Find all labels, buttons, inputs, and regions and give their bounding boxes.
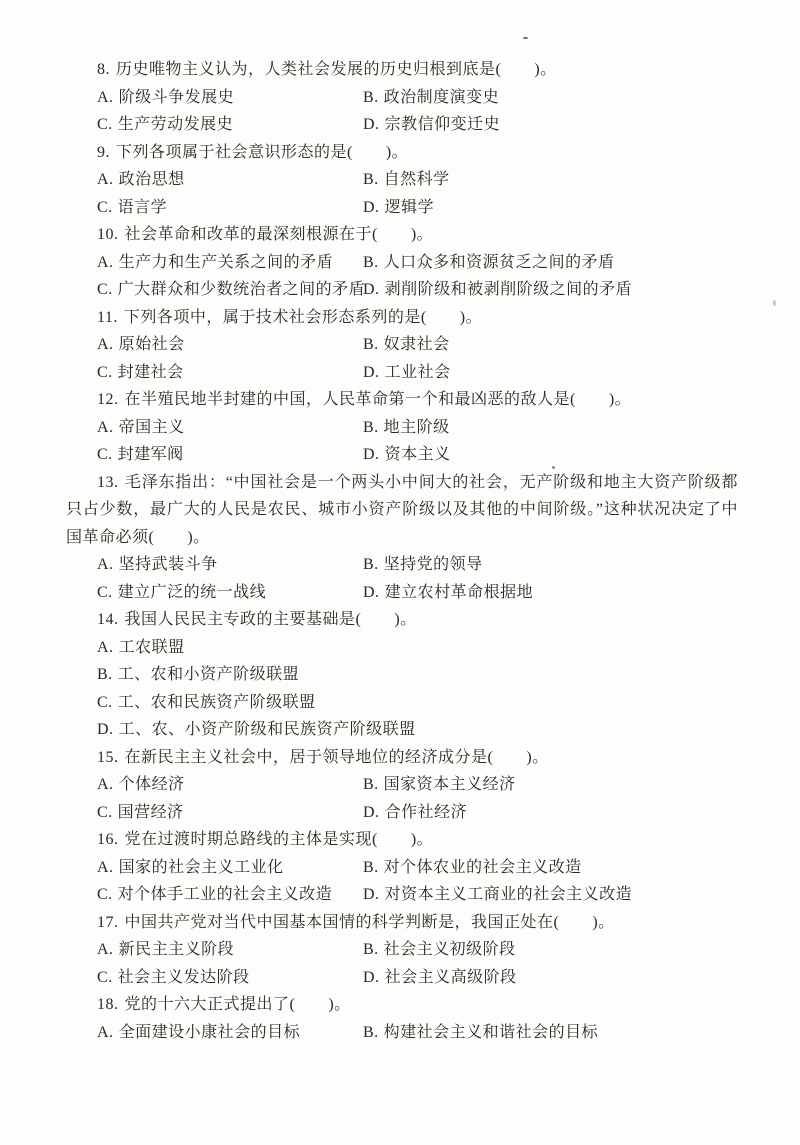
option-label: A. [97,89,114,106]
question-block: 8.历史唯物主义认为，人类社会发展的历史归根到底是( )。A.阶级斗争发展史B.… [66,56,738,139]
option-text: 新民主主义阶段 [119,941,235,958]
option-text: 国家的社会主义工业化 [119,859,284,876]
option-label: C. [97,804,113,821]
option: D.逻辑学 [363,194,738,222]
option: D.合作社经济 [363,799,738,827]
option: A.政治思想 [97,166,363,194]
option-label: C. [97,199,113,216]
option-text: 政治思想 [119,171,185,188]
options-grid: A.国家的社会主义工业化B.对个体农业的社会主义改造C.对个体手工业的社会主义改… [97,854,738,909]
option: D.工、农、小资产阶级和民族资产阶级联盟 [97,716,738,744]
option-label: B. [363,254,379,271]
option-label: A. [97,254,114,271]
option-text: 自然科学 [384,171,450,188]
option-text: 工、农、小资产阶级和民族资产阶级联盟 [119,721,416,738]
question-block: 14.我国人民民主专政的主要基础是( )。A.工农联盟B.工、农和小资产阶级联盟… [66,606,738,744]
option-text: 社会主义高级阶段 [385,969,517,986]
question-body: 下列各项属于社会意识形态的是( )。 [116,144,408,161]
option-label: B. [363,336,379,353]
option: D.剥削阶级和被剥削阶级之间的矛盾 [363,276,738,304]
option-text: 工农联盟 [119,639,185,656]
option-text: 坚持党的领导 [384,556,483,573]
option-label: A. [97,419,114,436]
option: C.对个体手工业的社会主义改造 [97,881,363,909]
question-body: 党在过渡时期总路线的主体是实现( )。 [125,831,434,848]
question-block: 17.中国共产党对当代中国基本国情的科学判断是，我国正处在( )。A.新民主主义… [66,909,738,992]
option-label: D. [97,721,114,738]
question-body: 毛泽东指出：“中国社会是一个两头小中间大的社会，无产阶级和地主大资产阶级都只占少… [66,474,738,546]
option-text: 国营经济 [118,804,184,821]
question-text: 17.中国共产党对当代中国基本国情的科学判断是，我国正处在( )。 [66,909,738,937]
option-label: A. [97,859,114,876]
options-grid: A.坚持武装斗争B.坚持党的领导C.建立广泛的统一战线D.建立农村革命根据地 [97,551,738,606]
question-body: 历史唯物主义认为，人类社会发展的历史归根到底是( )。 [116,61,557,78]
options-grid: A.新民主主义阶段B.社会主义初级阶段C.社会主义发达阶段D.社会主义高级阶段 [97,936,738,991]
question-block: 10.社会革命和改革的最深刻根源在于( )。A.生产力和生产关系之间的矛盾B.人… [66,221,738,304]
option-text: 构建社会主义和谐社会的目标 [384,1024,599,1041]
question-body: 在新民主主义社会中，居于领导地位的经济成分是( )。 [125,749,549,766]
question-number: 10. [97,226,119,243]
option-text: 地主阶级 [384,419,450,436]
option: B.国家资本主义经济 [363,771,738,799]
option-text: 生产劳动发展史 [118,116,234,133]
question-text: 12.在半殖民地半封建的中国，人民革命第一个和最凶恶的敌人是( )。 [66,386,738,414]
option-text: 对个体手工业的社会主义改造 [118,886,333,903]
option: C.工、农和民族资产阶级联盟 [97,689,738,717]
option-label: B. [363,776,379,793]
option-label: C. [97,364,113,381]
option-text: 合作社经济 [385,804,468,821]
option-label: B. [363,859,379,876]
option-text: 人口众多和资源贫乏之间的矛盾 [384,254,615,271]
option-text: 原始社会 [119,336,185,353]
option-label: B. [363,556,379,573]
question-number: 15. [97,749,119,766]
option: B.人口众多和资源贫乏之间的矛盾 [363,249,738,277]
option-text: 工业社会 [385,364,451,381]
option-label: C. [97,281,113,298]
option: A.工农联盟 [97,634,738,662]
option-text: 建立农村革命根据地 [385,584,534,601]
option-label: D. [363,116,380,133]
options-grid: A.工农联盟B.工、农和小资产阶级联盟C.工、农和民族资产阶级联盟D.工、农、小… [97,634,738,744]
question-number: 12. [97,391,119,408]
question-text: 11.下列各项中，属于技术社会形态系列的是( )。 [66,304,738,332]
options-grid: A.原始社会B.奴隶社会C.封建社会D.工业社会 [97,331,738,386]
option: B.自然科学 [363,166,738,194]
question-number: 14. [97,611,119,628]
option: B.社会主义初级阶段 [363,936,738,964]
option-text: 奴隶社会 [384,336,450,353]
option-text: 坚持武装斗争 [119,556,218,573]
option-label: B. [97,666,113,683]
option: B.构建社会主义和谐社会的目标 [363,1019,738,1047]
option: B.对个体农业的社会主义改造 [363,854,738,882]
question-block: 9.下列各项属于社会意识形态的是( )。A.政治思想B.自然科学C.语言学D.逻… [66,139,738,222]
option-text: 语言学 [118,199,168,216]
option-text: 工、农和小资产阶级联盟 [118,666,300,683]
option-label: A. [97,336,114,353]
option: B.坚持党的领导 [363,551,738,579]
option: A.帝国主义 [97,414,363,442]
option-text: 社会主义发达阶段 [118,969,250,986]
option-label: D. [363,199,380,216]
option: D.对资本主义工商业的社会主义改造 [363,881,738,909]
option-label: A. [97,639,114,656]
option-label: C. [97,446,113,463]
option-text: 封建军阀 [118,446,184,463]
scan-speck [523,37,528,39]
question-text: 10.社会革命和改革的最深刻根源在于( )。 [66,221,738,249]
option-text: 逻辑学 [385,199,435,216]
option-text: 社会主义初级阶段 [384,941,516,958]
option-text: 剥削阶级和被剥削阶级之间的矛盾 [385,281,633,298]
question-block: 16.党在过渡时期总路线的主体是实现( )。A.国家的社会主义工业化B.对个体农… [66,826,738,909]
option-label: B. [363,941,379,958]
question-block: 18.党的十六大正式提出了( )。A.全面建设小康社会的目标B.构建社会主义和谐… [66,991,738,1046]
question-block: 13.毛泽东指出：“中国社会是一个两头小中间大的社会，无产阶级和地主大资产阶级都… [66,469,738,607]
question-text: 9.下列各项属于社会意识形态的是( )。 [66,139,738,167]
option: D.建立农村革命根据地 [363,579,738,607]
scanned-exam-page: 8.历史唯物主义认为，人类社会发展的历史归根到底是( )。A.阶级斗争发展史B.… [0,0,800,1145]
option-text: 帝国主义 [119,419,185,436]
option-label: A. [97,171,114,188]
options-grid: A.帝国主义B.地主阶级C.封建军阀D.资本主义 [97,414,738,469]
option-label: D. [363,281,380,298]
question-number: 17. [97,914,119,931]
option: A.全面建设小康社会的目标 [97,1019,363,1047]
option-text: 全面建设小康社会的目标 [119,1024,301,1041]
option-label: A. [97,1024,114,1041]
question-number: 8. [97,61,110,78]
option-text: 生产力和生产关系之间的矛盾 [119,254,334,271]
questions-list: 8.历史唯物主义认为，人类社会发展的历史归根到底是( )。A.阶级斗争发展史B.… [66,56,738,1046]
option: D.工业社会 [363,359,738,387]
options-grid: A.生产力和生产关系之间的矛盾B.人口众多和资源贫乏之间的矛盾C.广大群众和少数… [97,249,738,304]
question-number: 11. [97,309,118,326]
option-label: D. [363,969,380,986]
options-grid: A.阶级斗争发展史B.政治制度演变史C.生产劳动发展史D.宗教信仰变迁史 [97,84,738,139]
option: A.坚持武装斗争 [97,551,363,579]
option-label: B. [363,1024,379,1041]
option-label: D. [363,446,380,463]
option: C.广大群众和少数统治者之间的矛盾 [97,276,363,304]
option: B.奴隶社会 [363,331,738,359]
question-text: 18.党的十六大正式提出了( )。 [66,991,738,1019]
option: C.封建社会 [97,359,363,387]
question-number: 13. [97,474,119,491]
option: B.地主阶级 [363,414,738,442]
option: A.阶级斗争发展史 [97,84,363,112]
option-text: 对资本主义工商业的社会主义改造 [385,886,633,903]
question-number: 9. [97,144,110,161]
question-body: 我国人民民主专政的主要基础是( )。 [125,611,417,628]
option-label: B. [363,171,379,188]
option-label: A. [97,941,114,958]
question-body: 党的十六大正式提出了( )。 [125,996,351,1013]
option-label: C. [97,886,113,903]
option-text: 个体经济 [119,776,185,793]
question-block: 11.下列各项中，属于技术社会形态系列的是( )。A.原始社会B.奴隶社会C.封… [66,304,738,387]
option-label: D. [363,804,380,821]
scan-speck [773,300,776,306]
option-label: C. [97,694,113,711]
option-label: C. [97,116,113,133]
option: A.原始社会 [97,331,363,359]
option-text: 阶级斗争发展史 [119,89,235,106]
question-block: 12.在半殖民地半封建的中国，人民革命第一个和最凶恶的敌人是( )。A.帝国主义… [66,386,738,469]
option-text: 对个体农业的社会主义改造 [384,859,582,876]
option: A.国家的社会主义工业化 [97,854,363,882]
question-block: 15.在新民主主义社会中，居于领导地位的经济成分是( )。A.个体经济B.国家资… [66,744,738,827]
option-text: 建立广泛的统一战线 [118,584,267,601]
option: C.社会主义发达阶段 [97,964,363,992]
option-text: 国家资本主义经济 [384,776,516,793]
option-label: C. [97,584,113,601]
option: A.新民主主义阶段 [97,936,363,964]
option: C.建立广泛的统一战线 [97,579,363,607]
question-body: 社会革命和改革的最深刻根源在于( )。 [125,226,434,243]
question-body: 中国共产党对当代中国基本国情的科学判断是，我国正处在( )。 [125,914,615,931]
option: B.工、农和小资产阶级联盟 [97,661,738,689]
option-text: 工、农和民族资产阶级联盟 [118,694,316,711]
option-label: C. [97,969,113,986]
option-label: D. [363,364,380,381]
options-grid: A.政治思想B.自然科学C.语言学D.逻辑学 [97,166,738,221]
option: A.个体经济 [97,771,363,799]
option: A.生产力和生产关系之间的矛盾 [97,249,363,277]
question-text: 14.我国人民民主专政的主要基础是( )。 [66,606,738,634]
question-body: 下列各项中，属于技术社会形态系列的是( )。 [124,309,482,326]
option-label: B. [363,89,379,106]
question-text: 16.党在过渡时期总路线的主体是实现( )。 [66,826,738,854]
option-text: 资本主义 [385,446,451,463]
option-text: 宗教信仰变迁史 [385,116,501,133]
question-text: 15.在新民主主义社会中，居于领导地位的经济成分是( )。 [66,744,738,772]
question-number: 16. [97,831,119,848]
option-text: 政治制度演变史 [384,89,500,106]
option: C.生产劳动发展史 [97,111,363,139]
option: D.社会主义高级阶段 [363,964,738,992]
option-label: B. [363,419,379,436]
question-text: 13.毛泽东指出：“中国社会是一个两头小中间大的社会，无产阶级和地主大资产阶级都… [66,469,738,552]
option-label: D. [363,584,380,601]
question-text: 8.历史唯物主义认为，人类社会发展的历史归根到底是( )。 [66,56,738,84]
option: B.政治制度演变史 [363,84,738,112]
option-text: 广大群众和少数统治者之间的矛盾 [118,281,366,298]
question-body: 在半殖民地半封建的中国，人民革命第一个和最凶恶的敌人是( )。 [125,391,632,408]
option-label: A. [97,776,114,793]
option-label: D. [363,886,380,903]
options-grid: A.个体经济B.国家资本主义经济C.国营经济D.合作社经济 [97,771,738,826]
options-grid: A.全面建设小康社会的目标B.构建社会主义和谐社会的目标 [97,1019,738,1047]
option: D.宗教信仰变迁史 [363,111,738,139]
option: C.语言学 [97,194,363,222]
option: C.国营经济 [97,799,363,827]
question-number: 18. [97,996,119,1013]
scan-speck [552,466,555,469]
option-text: 封建社会 [118,364,184,381]
option: C.封建军阀 [97,441,363,469]
option: D.资本主义 [363,441,738,469]
option-label: A. [97,556,114,573]
